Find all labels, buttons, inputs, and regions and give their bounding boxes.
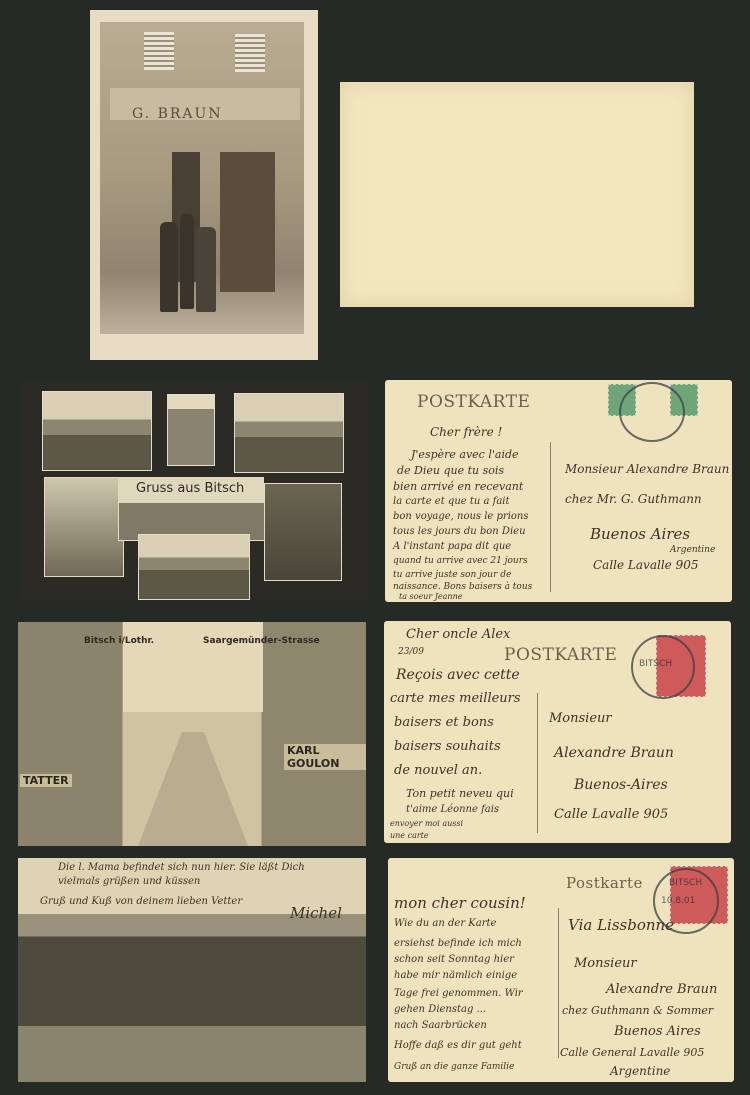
shop-sign: G. BRAUN bbox=[132, 106, 223, 122]
divider-line bbox=[537, 693, 538, 833]
message-line: de nouvel an. bbox=[394, 763, 482, 778]
postcard-caption-left: Bitsch i/Lothr. bbox=[84, 636, 154, 646]
message-line: t'aime Léonne fais bbox=[406, 804, 499, 815]
vignette-buildings bbox=[42, 391, 152, 471]
postkarte-header: POSTKARTE bbox=[417, 392, 530, 412]
address-line: Argentine bbox=[610, 1064, 670, 1078]
message-line: Ton petit neveu qui bbox=[406, 787, 514, 800]
message-line: J'espère avec l'aide bbox=[411, 448, 519, 461]
address-line: Via Lissbonne bbox=[568, 916, 674, 934]
blank-card-back[interactable] bbox=[340, 82, 694, 307]
message-line: gehen Dienstag ... bbox=[394, 1004, 486, 1015]
window-shutter bbox=[235, 34, 265, 72]
message-line: habe mir nämlich einige bbox=[394, 970, 517, 981]
address-line: Monsieur Alexandre Braun bbox=[565, 462, 729, 476]
postcard-back-1[interactable]: POSTKARTE Cher frère ! J'espère avec l'a… bbox=[385, 380, 732, 602]
message-line: schon seit Sonntag hier bbox=[394, 954, 514, 965]
message-line: nach Saarbrücken bbox=[394, 1020, 487, 1031]
message-line: naissance. Bons baisers à tous bbox=[393, 582, 532, 592]
message-line: la carte et que tu a fait bbox=[393, 496, 510, 507]
postmark-date: 10.8.01 bbox=[661, 896, 695, 906]
postcard-title-box: Gruss aus Bitsch bbox=[118, 477, 264, 503]
address-line: Alexandre Braun bbox=[606, 982, 717, 997]
window-shutter bbox=[144, 32, 174, 70]
postcard-title: Gruss aus Bitsch bbox=[136, 481, 244, 496]
message-line: bon voyage, nous le prions bbox=[393, 511, 528, 522]
bitsch-panorama-postcard[interactable]: Die l. Mama befindet sich nun hier. Sie … bbox=[18, 858, 366, 1082]
message-line: Gruß an die ganze Familie bbox=[394, 1062, 514, 1072]
vignette-barracks bbox=[138, 534, 250, 600]
handwritten-line: Die l. Mama befindet sich nun hier. Sie … bbox=[58, 862, 305, 873]
postmark-text: BITSCH bbox=[639, 659, 672, 669]
postmark: BITSCH bbox=[631, 635, 695, 699]
vignette-monument bbox=[167, 394, 215, 466]
message-line: de Dieu que tu sois bbox=[397, 464, 504, 477]
postmark-text: BITSCH bbox=[669, 878, 702, 888]
person bbox=[180, 214, 194, 309]
message-line: Wie du an der Karte bbox=[394, 918, 496, 929]
postkarte-header: Postkarte bbox=[566, 874, 643, 892]
address-line: Buenos Aires bbox=[614, 1024, 701, 1039]
vignette-memorial bbox=[264, 483, 342, 581]
address-line: Alexandre Braun bbox=[554, 745, 674, 761]
message-line: baisers souhaits bbox=[394, 739, 501, 754]
divider-line bbox=[558, 908, 559, 1058]
photo-card[interactable]: G. BRAUN bbox=[90, 10, 318, 360]
address-line: chez Mr. G. Guthmann bbox=[565, 492, 702, 506]
message-line: tous les jours du bon Dieu bbox=[393, 526, 526, 537]
handwritten-signature: Michel bbox=[290, 904, 342, 922]
shop-sign-right: KARL GOULON bbox=[284, 744, 366, 770]
address-line: Calle General Lavalle 905 bbox=[560, 1046, 704, 1059]
handwritten-line: vielmals grüßen und küssen bbox=[58, 876, 200, 887]
message-line: Tage frei genommen. Wir bbox=[394, 988, 523, 999]
message-line: Reçois avec cette bbox=[396, 667, 520, 683]
shop-sign-left: TATTER bbox=[20, 774, 72, 787]
address-line: Argentine bbox=[670, 545, 715, 555]
message-line: mon cher cousin! bbox=[394, 894, 526, 912]
address-line: Calle Lavalle 905 bbox=[593, 558, 698, 572]
message-line: Cher oncle Alex bbox=[406, 627, 510, 642]
address-line: Buenos-Aires bbox=[574, 777, 668, 793]
message-line: quand tu arrive avec 21 jours bbox=[393, 556, 528, 566]
message-line: envoyer moi aussi bbox=[390, 819, 463, 828]
address-line: Monsieur bbox=[574, 956, 637, 971]
message-line: tu arrive juste son jour de bbox=[393, 570, 511, 580]
postmark bbox=[619, 382, 685, 442]
message-line: A l'instant papa dit que bbox=[393, 541, 511, 552]
message-line: Cher frère ! bbox=[430, 425, 502, 439]
postcard-back-2[interactable]: POSTKARTE BITSCH Cher oncle Alex 23/09 R… bbox=[384, 621, 731, 843]
postkarte-header: POSTKARTE bbox=[504, 645, 617, 665]
road bbox=[138, 732, 248, 846]
message-line: ta soeur Jeanne bbox=[399, 592, 462, 601]
message-line: baisers et bons bbox=[394, 715, 494, 730]
message-line: 23/09 bbox=[398, 647, 424, 657]
shopfront-photo: G. BRAUN bbox=[100, 22, 304, 334]
street-scene-postcard[interactable]: Bitsch i/Lothr. Saargemünder-Strasse TAT… bbox=[18, 622, 366, 846]
divider-line bbox=[550, 442, 551, 592]
gruss-aus-bitsch-postcard[interactable]: Gruss aus Bitsch bbox=[20, 381, 368, 601]
address-line: Monsieur bbox=[549, 711, 612, 726]
address-line: chez Guthmann & Sommer bbox=[562, 1004, 713, 1017]
postcard-back-3[interactable]: Postkarte BITSCH 10.8.01 mon cher cousin… bbox=[388, 858, 734, 1082]
vignette-park bbox=[44, 477, 124, 577]
address-line: Buenos Aires bbox=[590, 525, 690, 543]
message-line: carte mes meilleurs bbox=[390, 691, 521, 706]
vignette-villa bbox=[234, 393, 344, 473]
main-door bbox=[220, 152, 275, 292]
person bbox=[196, 227, 216, 312]
message-line: Hoffe daß es dir gut geht bbox=[394, 1040, 522, 1051]
handwritten-line: Gruß und Kuß von deinem lieben Vetter bbox=[40, 896, 242, 907]
message-line: bien arrivé en recevant bbox=[393, 480, 523, 493]
message-line: ersiehst befinde ich mich bbox=[394, 938, 522, 949]
message-line: une carte bbox=[390, 831, 429, 840]
person bbox=[160, 222, 178, 312]
address-line: Calle Lavalle 905 bbox=[554, 807, 668, 822]
postcard-caption-right: Saargemünder-Strasse bbox=[203, 636, 320, 646]
